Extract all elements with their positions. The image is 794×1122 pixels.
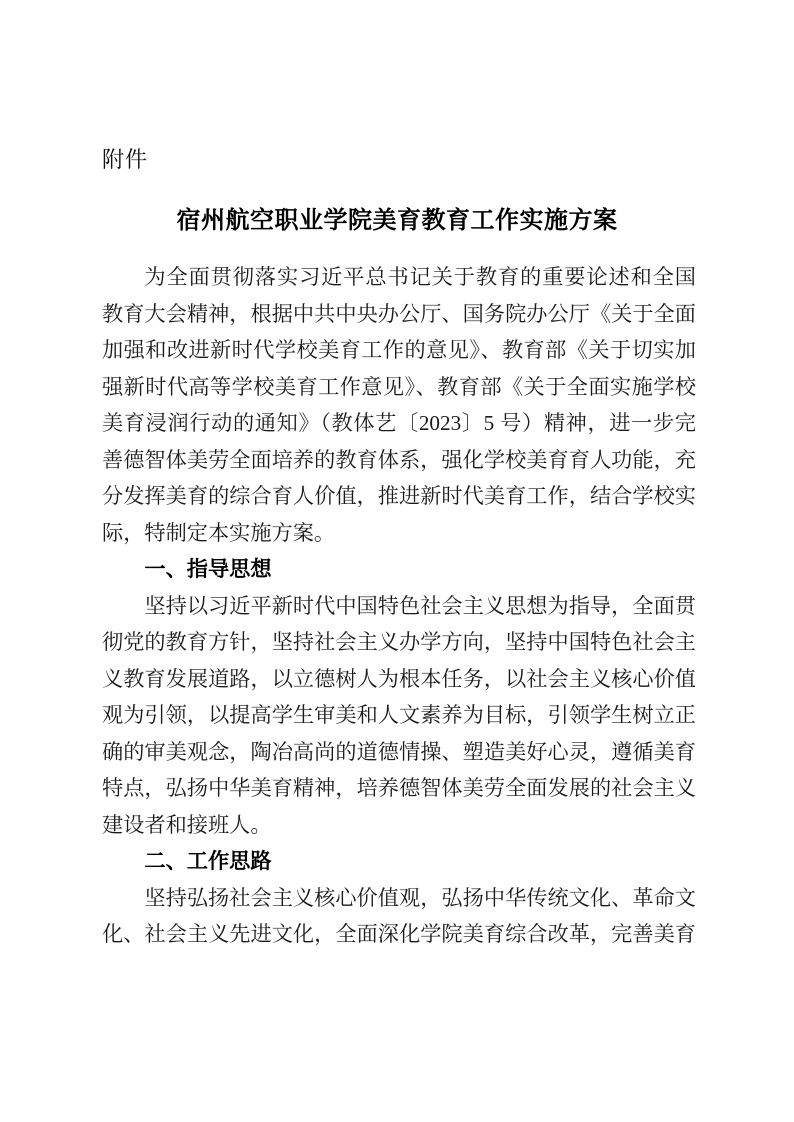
paragraph-line: 观为引领，以提高学生审美和人文素养为目标，引领学生树立正 [102,697,696,734]
paragraph-line: 化、社会主义先进文化，全面深化学院美育综合改革，完善美育 [102,916,696,953]
paragraph-line: 加强和改进新时代学校美育工作的意见》、教育部《关于切实加 [102,332,696,369]
paragraph-line: 坚持弘扬社会主义核心价值观，弘扬中华传统文化、革命文 [102,880,696,917]
paragraph-line: 确的审美观念，陶冶高尚的道德情操、塑造美好心灵，遵循美育 [102,734,696,771]
paragraph-line: 强新时代高等学校美育工作意见》、教育部《关于全面实施学校 [102,369,696,406]
section-heading: 二、工作思路 [102,843,696,880]
document-page: 附件 宿州航空职业学院美育教育工作实施方案 为全面贯彻落实习近平总书记关于教育的… [0,0,794,1122]
paragraph-line: 分发挥美育的综合育人价值，推进新时代美育工作，结合学校实 [102,478,696,515]
document-title: 宿州航空职业学院美育教育工作实施方案 [97,202,697,240]
paragraph-line: 特点，弘扬中华美育精神，培养德智体美劳全面发展的社会主义 [102,770,696,807]
paragraph-line: 为全面贯彻落实习近平总书记关于教育的重要论述和全国 [102,259,696,296]
paragraph-line: 彻党的教育方针，坚持社会主义办学方向，坚持中国特色社会主 [102,624,696,661]
paragraph-line: 坚持以习近平新时代中国特色社会主义思想为指导，全面贯 [102,588,696,625]
paragraph-line: 教育大会精神，根据中共中央办公厅、国务院办公厅《关于全面 [102,296,696,333]
attachment-label: 附件 [102,145,148,175]
paragraph-line: 际，特制定本实施方案。 [102,515,696,552]
paragraph-line: 建设者和接班人。 [102,807,696,844]
paragraph-line: 善德智体美劳全面培养的教育体系，强化学校美育育人功能，充 [102,442,696,479]
document-body: 为全面贯彻落实习近平总书记关于教育的重要论述和全国 教育大会精神，根据中共中央办… [102,259,696,953]
paragraph-line: 美育浸润行动的通知》（教体艺〔2023〕5 号）精神，进一步完 [102,405,696,442]
paragraph-line: 义教育发展道路，以立德树人为根本任务，以社会主义核心价值 [102,661,696,698]
section-heading: 一、指导思想 [102,551,696,588]
